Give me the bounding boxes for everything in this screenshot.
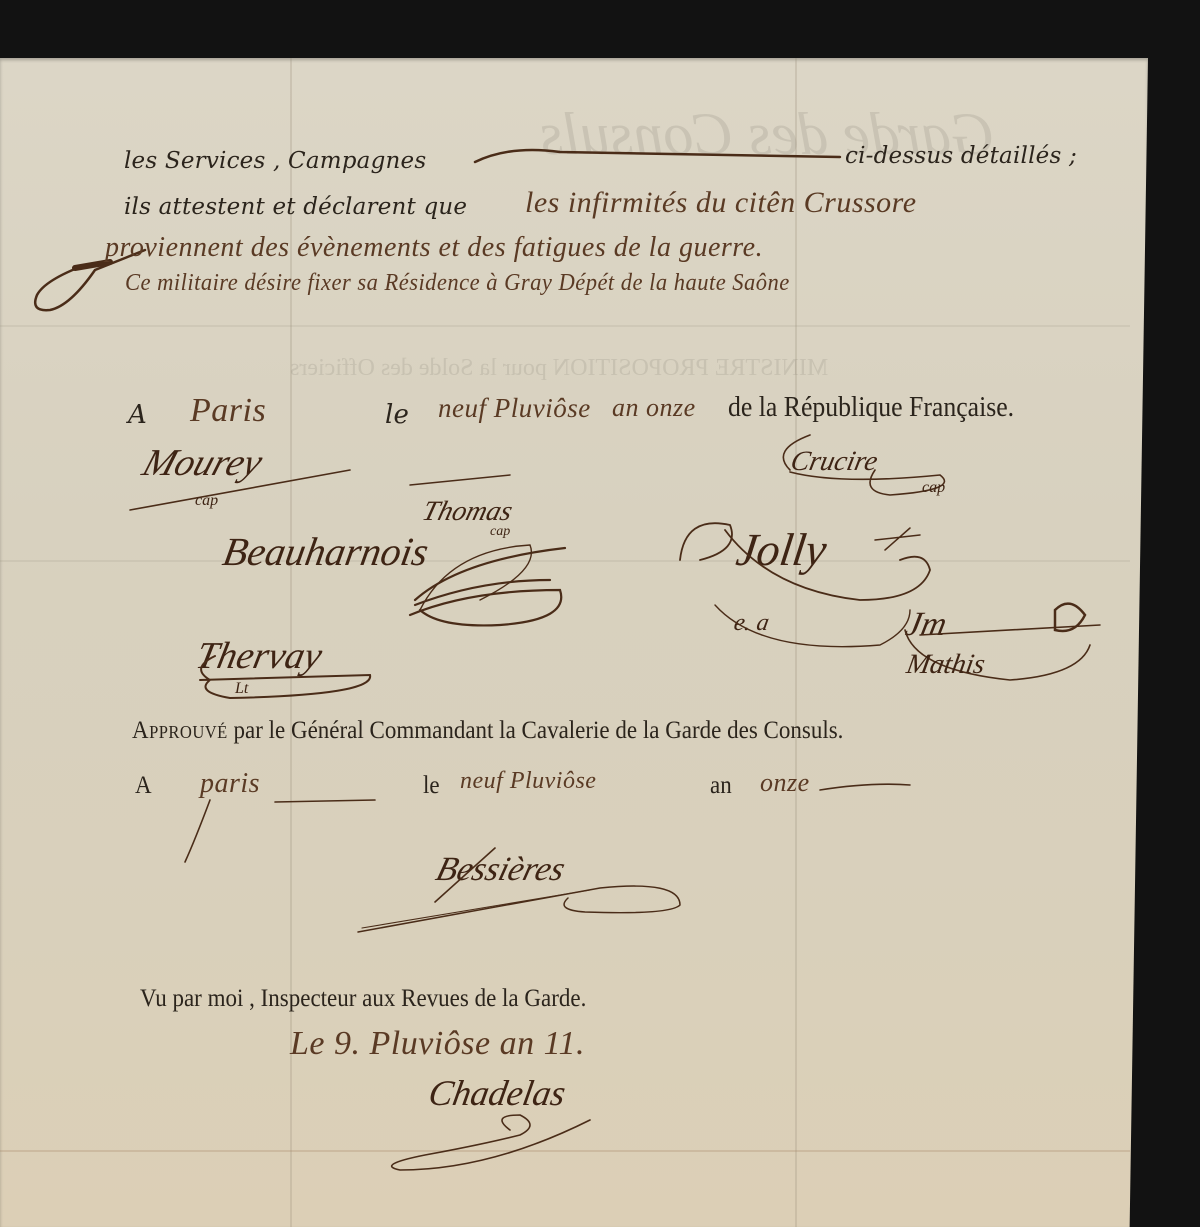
printed-an-label: an: [710, 772, 732, 800]
handwritten-dash: [800, 780, 920, 800]
signature-thomas: Thomas: [419, 496, 516, 526]
printed-services-label: les Services , Campagnes: [124, 148, 426, 174]
svg-text:cap: cap: [922, 479, 945, 496]
svg-text:Lt: Lt: [234, 680, 249, 697]
printed-detailed-label: ci-dessus détaillés ;: [845, 143, 1077, 169]
handwritten-residence: Ce militaire désire fixer sa Résidence à…: [125, 270, 790, 297]
approved-rest: par le Général Commandant la Cavalerie d…: [234, 717, 844, 744]
signature-chadelas: Chadelas: [426, 1073, 569, 1113]
signature-mathis: Mathis: [903, 649, 987, 680]
signatures-left: Mourey cap Thomas cap Beauharnois Therva…: [120, 430, 600, 710]
handwritten-infirmities: les infirmités du citên Crussore: [525, 186, 917, 220]
printed-approved-statement: Approuvé par le Général Commandant la Ca…: [132, 717, 843, 745]
signature-beauharnois: Beauharnois: [220, 529, 432, 574]
printed-seen-statement: Vu par moi , Inspecteur aux Revues de la…: [140, 985, 586, 1013]
svg-text:cap: cap: [490, 524, 510, 539]
approved-smallcaps: Approuvé: [132, 717, 228, 744]
printed-le-label: le: [385, 400, 409, 430]
printed-a-label: A: [128, 400, 147, 430]
show-through-text: MINISTRE PROPOSITION pour la Solde des O…: [290, 355, 828, 382]
fold-line-horizontal: [0, 325, 1130, 327]
handwritten-year: an onze: [612, 393, 696, 423]
printed-attest-label: ils attestent et déclarent que: [124, 194, 467, 220]
handwritten-place-paris: Paris: [190, 392, 266, 430]
handwritten-day: neuf Pluviôse: [438, 393, 591, 424]
handwritten-war-fatigue: proviennent des évènements et des fatigu…: [105, 232, 763, 264]
signature-bessieres-block: Bessières: [350, 840, 690, 940]
svg-text:e. a: e. a: [732, 609, 771, 636]
handwritten-dash: [470, 140, 850, 170]
signature-mourey: Mourey: [137, 442, 269, 484]
handwritten-seen-date: Le 9. Pluviôse an 11.: [290, 1025, 585, 1063]
signature-crucire: Crucire: [788, 446, 881, 477]
printed-le-label: le: [423, 772, 440, 800]
handwritten-approved-day: neuf Pluviôse: [460, 768, 596, 795]
signatures-right: Crucire cap Jolly e. a Jm Mathis: [660, 420, 1120, 700]
printed-a-label: A: [135, 772, 152, 800]
signature-bessieres: Bessières: [432, 851, 569, 888]
signature-jolly: Jolly: [733, 524, 830, 575]
signature-chadelas-block: Chadelas: [370, 1060, 650, 1170]
svg-text:Jm: Jm: [903, 605, 951, 643]
svg-text:cap: cap: [195, 492, 218, 509]
